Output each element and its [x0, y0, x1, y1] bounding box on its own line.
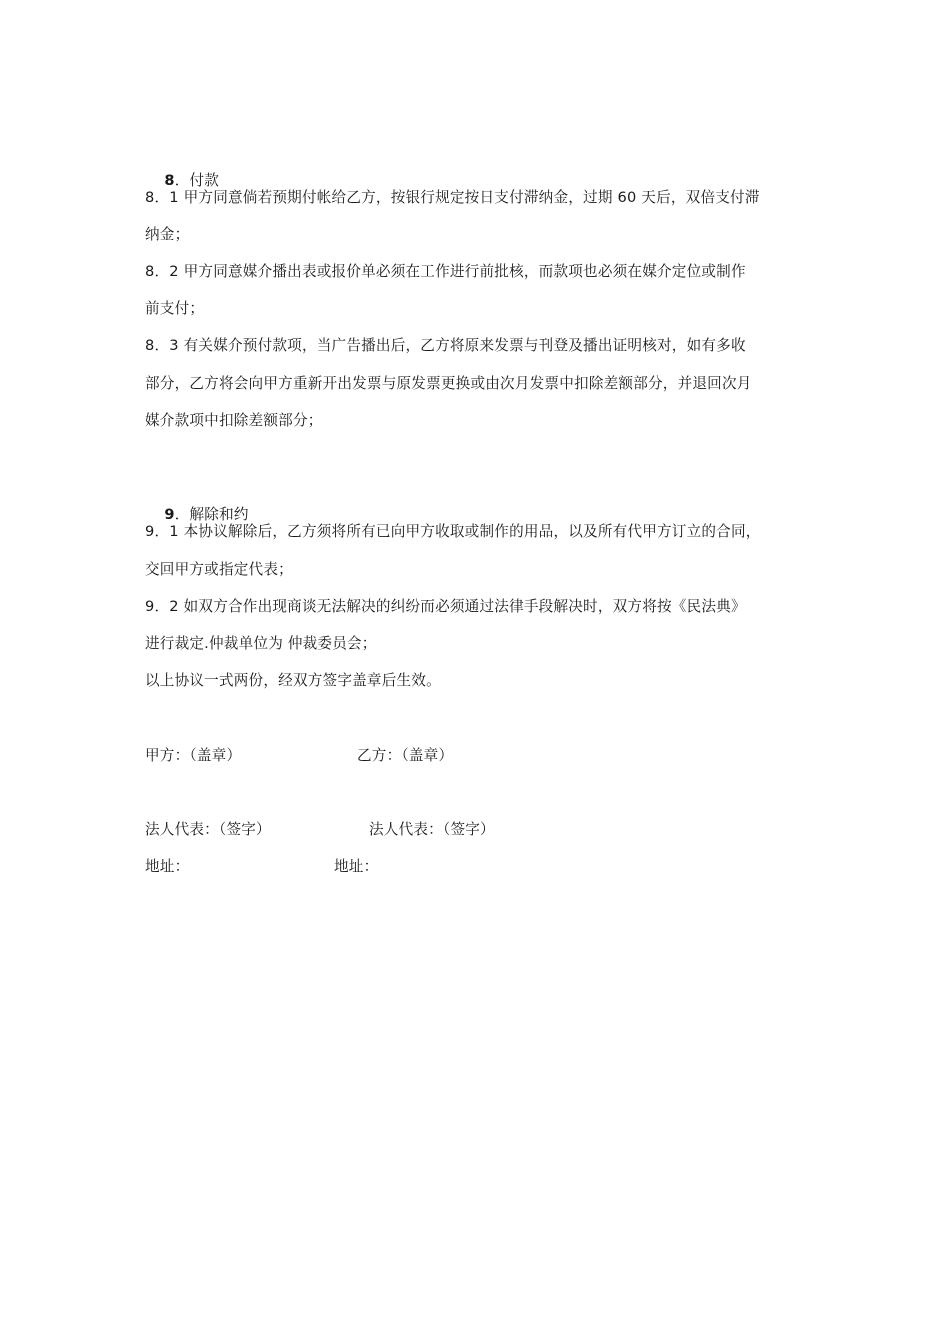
clause-9-1-line-2: 交回甲方或指定代表； [145, 560, 293, 580]
party-a-address-label: 地址： [145, 857, 189, 877]
clause-8-2-line-2: 前支付； [145, 299, 204, 319]
clause-9-1-line-1: 9．1 本协议解除后，乙方须将所有已向甲方收取或制作的用品，以及所有代甲方订立的… [145, 522, 761, 542]
clause-8-1-line-2: 纳金； [145, 225, 189, 245]
party-b-seal-label: 乙方：（盖章） [357, 746, 453, 766]
clause-9-2-line-2: 进行裁定.仲裁单位为 仲裁委员会； [145, 634, 377, 654]
closing-statement: 以上协议一式两份，经双方签字盖章后生效。 [145, 671, 441, 691]
clause-9-2-line-1: 9．2 如双方合作出现商谈无法解决的纠纷而必须通过法律手段解决时，双方将按《民法… [145, 597, 746, 617]
clause-8-2-line-1: 8．2 甲方同意媒介播出表或报价单必须在工作进行前批核，而款项也必须在媒介定位或… [145, 262, 746, 282]
section-9-number: 9 [164, 506, 174, 523]
clause-8-1-line-1: 8．1 甲方同意倘若预期付帐给乙方，按银行规定按日支付滞纳金，过期 60 天后，… [145, 188, 760, 208]
clause-8-3-line-3: 媒介款项中扣除差额部分； [145, 411, 323, 431]
clause-8-3-line-1: 8．3 有关媒介预付款项，当广告播出后，乙方将原来发票与刊登及播出证明核对，如有… [145, 336, 746, 356]
section-8-number: 8 [164, 172, 174, 189]
party-b-address-label: 地址： [334, 857, 378, 877]
clause-8-3-line-2: 部分，乙方将会向甲方重新开出发票与原发票更换或由次月发票中扣除差额部分，并退回次… [145, 374, 752, 394]
party-a-rep-label: 法人代表：（签字） [145, 820, 271, 840]
party-a-seal-label: 甲方：（盖章） [145, 746, 241, 766]
party-b-rep-label: 法人代表：（签字） [369, 820, 495, 840]
section-9-title: ．解除和约 [175, 506, 249, 523]
section-8-title: ．付款 [175, 172, 219, 189]
document-page: 8．付款 8．1 甲方同意倘若预期付帐给乙方，按银行规定按日支付滞纳金，过期 6… [0, 0, 950, 1344]
